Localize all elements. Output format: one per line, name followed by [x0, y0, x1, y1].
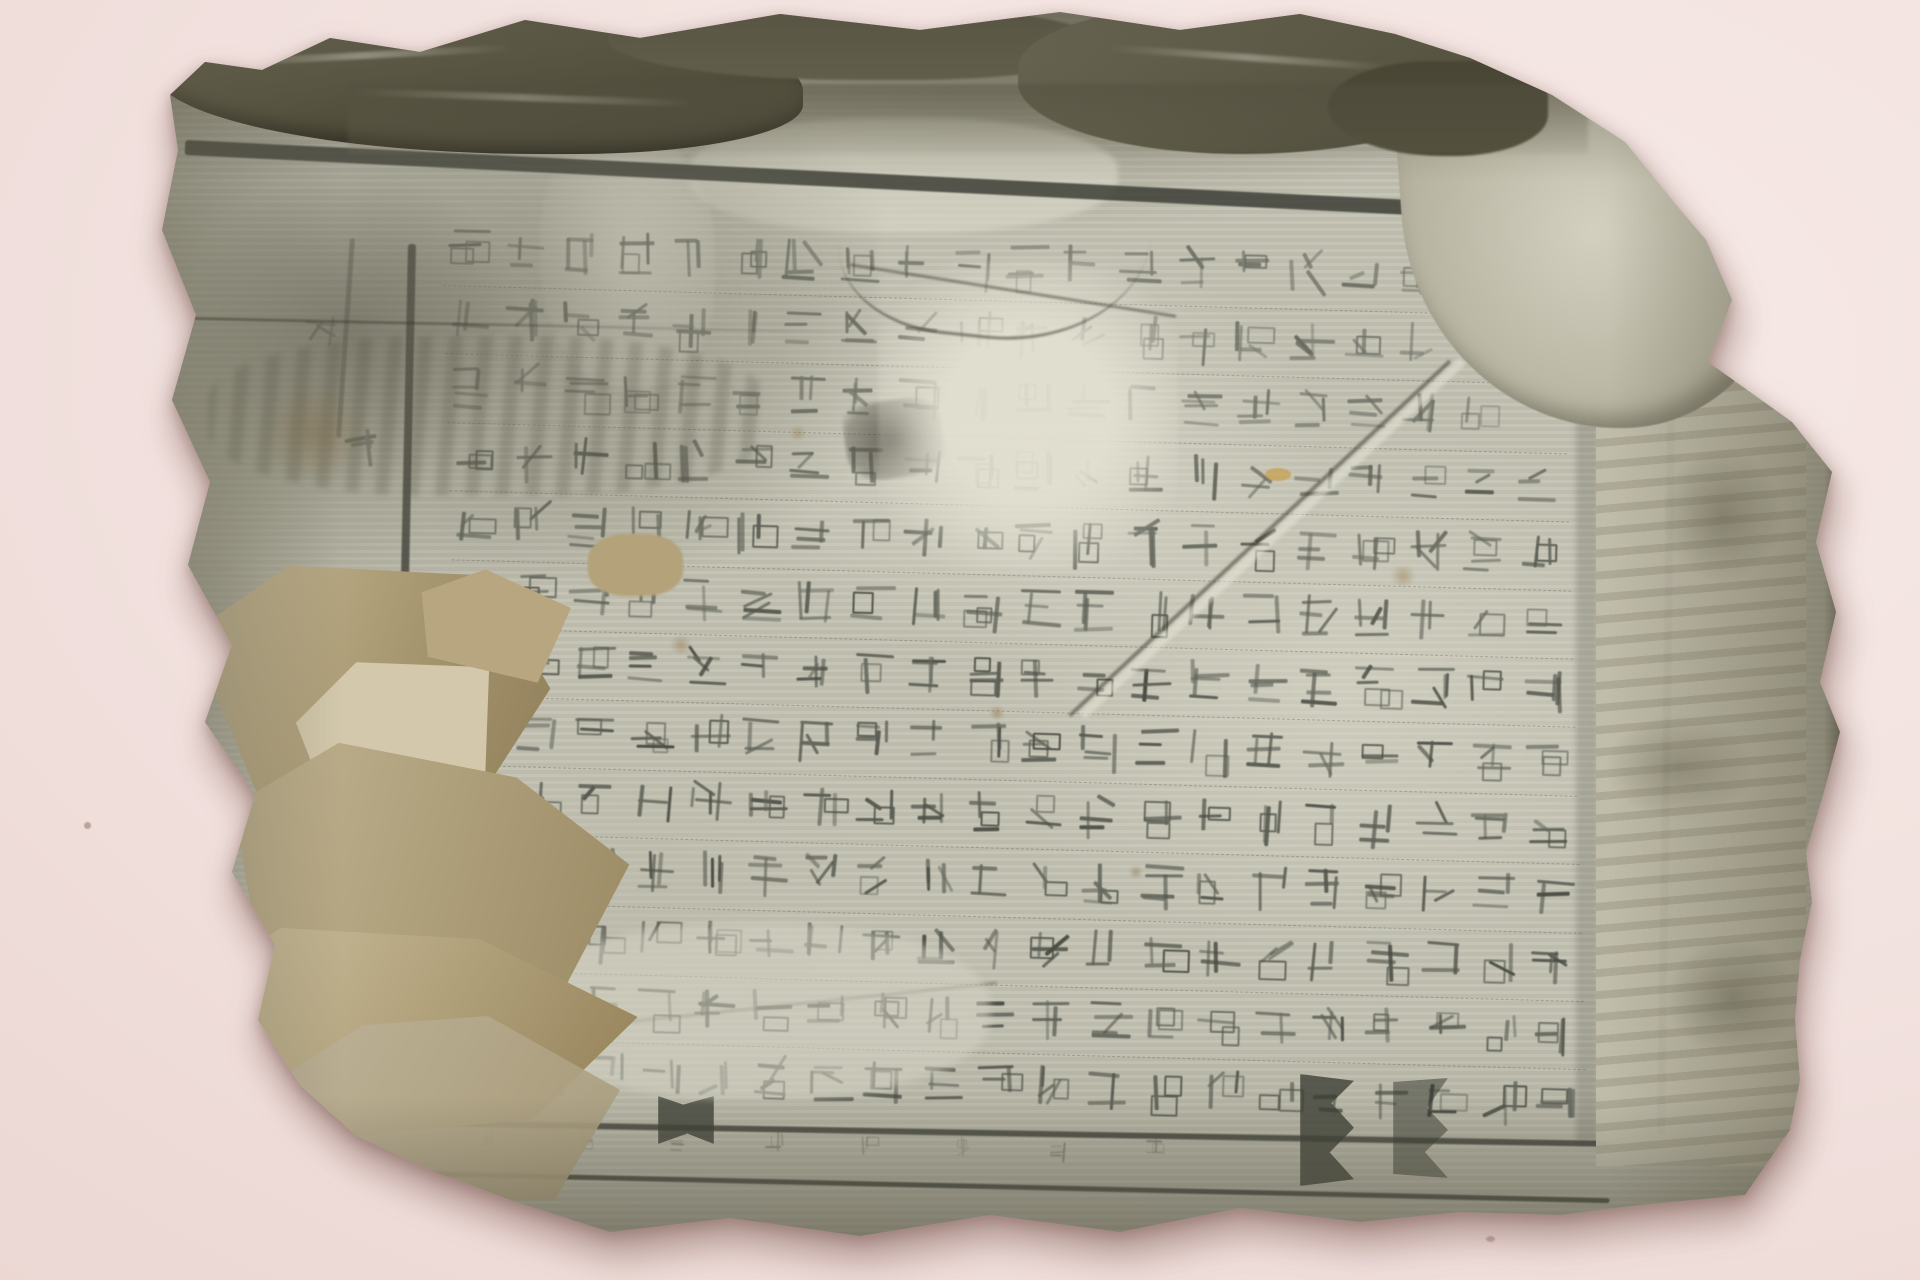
glyph-stroke [1239, 419, 1271, 424]
glyph-stroke [1553, 952, 1559, 985]
glyph-stroke [666, 787, 672, 823]
glyph [1476, 1074, 1525, 1129]
glyph-stroke [970, 680, 996, 697]
glyph [626, 708, 675, 763]
glyph-stroke [1504, 1020, 1510, 1041]
glyph [854, 851, 903, 906]
glyph-stroke [673, 1134, 686, 1136]
glyph [1175, 381, 1224, 436]
burnt-edge-rim [1824, 126, 1848, 1186]
glyph-stroke [749, 793, 754, 817]
glyph-stroke [995, 661, 1001, 697]
glyph-stroke [1084, 900, 1113, 906]
glyph [1238, 588, 1287, 643]
glyph [1285, 316, 1334, 371]
glyph-stroke [913, 613, 946, 619]
glyph-stroke [751, 876, 788, 883]
glyph [962, 717, 1011, 772]
glyph-stroke [763, 791, 767, 812]
glyph-stroke [910, 726, 942, 731]
glyph-stroke [1094, 1015, 1133, 1019]
glyph-stroke [813, 1097, 853, 1101]
glyph [1308, 1069, 1357, 1124]
glyph [953, 1133, 977, 1159]
glyph-stroke [1329, 941, 1335, 964]
glyph [1048, 1135, 1072, 1161]
glyph-stroke [695, 724, 699, 752]
glyph [1414, 867, 1463, 922]
foxing-spot [668, 636, 694, 654]
glyph-stroke [692, 780, 715, 797]
glyph-stroke [1183, 543, 1218, 548]
glyph [852, 783, 901, 838]
glyph-stroke [1146, 1140, 1162, 1143]
glyph-stroke [1282, 867, 1288, 889]
foxing-spot [788, 426, 808, 440]
glyph [1250, 999, 1299, 1054]
glyph [684, 778, 733, 833]
glyph-stroke [703, 850, 707, 886]
glyph-stroke [934, 928, 955, 953]
glyph [1242, 725, 1291, 780]
glyph-stroke [669, 1140, 683, 1142]
glyph-stroke [927, 866, 930, 890]
glyph-stroke [804, 581, 811, 614]
glyph [1184, 655, 1233, 710]
glyph-stroke [742, 616, 781, 622]
glyph-stroke [1079, 825, 1104, 829]
glyph-stroke [831, 854, 838, 877]
glyph-stroke [857, 722, 878, 737]
glyph-stroke [1026, 821, 1062, 827]
glyph-stroke [569, 588, 602, 594]
glyph-stroke [824, 797, 849, 813]
glyph-stroke [1275, 595, 1281, 633]
book-page [148, 6, 1848, 1246]
glyph-stroke [1279, 1089, 1305, 1113]
glyph-stroke [1190, 659, 1194, 683]
glyph-stroke [1006, 1067, 1011, 1092]
glyph-stroke [1091, 1034, 1130, 1039]
glyph-stroke [1164, 1075, 1182, 1096]
glyph-stroke [1384, 1007, 1389, 1042]
glyph [1470, 869, 1519, 924]
glyph-stroke [671, 1143, 684, 1146]
glyph-stroke [1359, 823, 1385, 829]
glyph [846, 577, 895, 632]
glyph-stroke [1052, 1006, 1057, 1036]
glyph [570, 707, 619, 762]
glyph-stroke [1261, 1031, 1296, 1036]
glyph [1014, 582, 1063, 637]
glyph-stroke [1310, 902, 1332, 906]
glyph [960, 649, 1009, 704]
glyph-stroke [862, 1137, 865, 1155]
glyph [1084, 1063, 1133, 1118]
glyph [1173, 313, 1222, 368]
glyph-stroke [1323, 869, 1328, 894]
glyph-stroke [1333, 876, 1338, 909]
glyph-stroke [820, 659, 826, 686]
glyph-stroke [925, 1096, 963, 1099]
glyph [628, 777, 677, 832]
glyph [624, 640, 673, 695]
glyph-stroke [1022, 620, 1061, 627]
glyph-stroke [1255, 1011, 1290, 1016]
glyph-stroke [1107, 930, 1113, 963]
foxing-spot [988, 706, 1006, 720]
glyph-stroke [1022, 758, 1057, 763]
glyph-stroke [1112, 733, 1117, 773]
glyph [1138, 996, 1187, 1051]
glyph-stroke [628, 665, 651, 669]
glyph-stroke [969, 801, 997, 806]
glyph-stroke [1083, 756, 1108, 760]
glyph-stroke [957, 1139, 967, 1148]
glyph-stroke [1478, 876, 1516, 880]
glyph-stroke [1150, 937, 1154, 964]
glyph [1082, 995, 1131, 1050]
shaded-top-band [348, 84, 1588, 154]
glyph-stroke [1212, 463, 1218, 501]
glyph [568, 638, 617, 693]
glyph-stroke [1345, 353, 1384, 358]
glyph-stroke [1033, 1002, 1070, 1005]
glyph-stroke [1570, 1089, 1574, 1118]
glyph-stroke [1213, 942, 1218, 973]
glyph-stroke [1181, 280, 1204, 284]
glyph-stroke [1187, 394, 1222, 398]
glyph [1248, 931, 1297, 986]
glyph-stroke [856, 586, 896, 590]
glyph [1024, 924, 1073, 979]
glyph-stroke [1486, 1037, 1503, 1052]
glyph [908, 784, 957, 839]
glyph-stroke [1162, 949, 1190, 973]
glyph-stroke [1307, 966, 1332, 969]
glyph [850, 714, 899, 769]
glyph [968, 923, 1017, 978]
glyph-stroke [628, 600, 653, 618]
glyph [736, 643, 785, 698]
glyph-stroke [909, 683, 939, 688]
glyph-stroke [1478, 889, 1505, 895]
glyph-stroke [855, 818, 883, 821]
glyph-stroke [1158, 1009, 1184, 1030]
glyph [790, 576, 839, 631]
glyph [1070, 584, 1119, 639]
glyph [742, 848, 791, 903]
glyph-stroke [798, 581, 803, 619]
glyph [1227, 246, 1276, 301]
glyph [1302, 864, 1351, 919]
glyph [1418, 1004, 1467, 1059]
glyph-stroke [1027, 592, 1033, 623]
glyph-stroke [702, 586, 707, 622]
glyph-stroke [1135, 760, 1165, 764]
glyph-stroke [1539, 883, 1546, 914]
glyph-stroke [1050, 1145, 1062, 1147]
glyph [902, 579, 951, 634]
glyph [972, 1060, 1021, 1115]
glyph-stroke [970, 892, 1006, 897]
glyph-stroke [1038, 1065, 1044, 1104]
glyph [794, 713, 843, 768]
glyph-stroke [1138, 743, 1161, 747]
glyph [1130, 722, 1179, 777]
glyph [1171, 244, 1220, 299]
glyph-stroke [636, 745, 674, 749]
glyph [1416, 935, 1465, 990]
glyph [1358, 865, 1407, 920]
glyph-stroke [850, 613, 882, 620]
glyph [740, 780, 789, 835]
glyph [668, 1128, 692, 1154]
glyph-stroke [1075, 589, 1115, 594]
glyph-stroke [695, 798, 732, 804]
glyph-stroke [1349, 270, 1366, 280]
glyph-stroke [1080, 817, 1113, 824]
glyph [1362, 1002, 1411, 1057]
photo-backdrop [0, 0, 1920, 1280]
glyph-stroke [1132, 682, 1171, 687]
glyph [1022, 856, 1071, 911]
glyph [1188, 792, 1237, 847]
glyph-stroke [1422, 889, 1446, 892]
glyph-stroke [1422, 831, 1457, 836]
glyph-stroke [1145, 1152, 1164, 1154]
glyph-stroke [910, 752, 936, 755]
glyph-stroke [1153, 1075, 1159, 1110]
glyph [904, 647, 953, 702]
glyph-stroke [1243, 400, 1281, 406]
glyph-stroke [1091, 930, 1098, 966]
glyph [1532, 1076, 1581, 1131]
glyph-stroke [1021, 589, 1061, 593]
glyph [1080, 926, 1129, 981]
glyph-stroke [974, 657, 991, 673]
glyph [1231, 383, 1280, 438]
glyph-stroke [646, 722, 667, 745]
glyph-stroke [1258, 960, 1286, 981]
glyph-stroke [1144, 815, 1182, 820]
glyph-stroke [689, 680, 726, 685]
glyph-stroke [942, 863, 946, 893]
glyph-stroke [1050, 1151, 1063, 1153]
glyph-stroke [1190, 729, 1196, 763]
glyph [1194, 998, 1243, 1053]
glyph [848, 646, 897, 701]
glyph-stroke [1032, 733, 1060, 751]
glyph-stroke [1247, 326, 1275, 344]
glyph [1341, 317, 1390, 372]
glyph [1186, 724, 1235, 779]
glyph-stroke [740, 662, 763, 667]
glyph-stroke [768, 795, 785, 818]
glyph-stroke [1440, 1093, 1468, 1112]
glyph-stroke [781, 1133, 783, 1146]
glyph [572, 775, 621, 830]
glyph-stroke [1199, 257, 1203, 288]
glyph [1244, 794, 1293, 849]
glyph-stroke [1201, 799, 1206, 832]
glyph-stroke [940, 794, 943, 824]
glyph-stroke [918, 816, 942, 821]
glyph-stroke [1478, 836, 1502, 840]
glyph-stroke [580, 794, 599, 815]
glyph-stroke [1192, 331, 1215, 347]
glyph [798, 850, 847, 905]
glyph-stroke [1529, 840, 1567, 844]
glyph-stroke [1074, 626, 1113, 631]
glyph-stroke [856, 653, 894, 658]
glyph [958, 580, 1007, 635]
glyph-stroke [1535, 1032, 1558, 1036]
glyph-stroke [1201, 458, 1204, 484]
glyph [964, 786, 1013, 841]
glyph-stroke [1165, 801, 1168, 826]
glyph [1472, 937, 1521, 992]
glyph [1016, 651, 1065, 706]
glyph-stroke [1252, 873, 1284, 879]
glyph-stroke [1342, 282, 1375, 288]
glyph [966, 854, 1015, 909]
glyph-stroke [1258, 872, 1261, 911]
glyph-stroke [1097, 794, 1116, 807]
glyph-stroke [1086, 963, 1110, 966]
glyph-stroke [628, 655, 656, 660]
glyph-stroke [1279, 1013, 1283, 1044]
glyph-stroke [1077, 604, 1104, 608]
glyph [906, 716, 955, 771]
glyph-stroke [1199, 949, 1225, 955]
glyph-stroke [1085, 751, 1112, 756]
glyph-stroke [1277, 801, 1283, 834]
glyph-stroke [577, 718, 603, 736]
glyph-stroke [1204, 530, 1209, 566]
glyph [796, 781, 845, 836]
glyph-stroke [815, 656, 818, 688]
glyph-stroke [1243, 594, 1274, 599]
glyph [1530, 1007, 1579, 1062]
glyph-stroke [1289, 260, 1295, 291]
glyph [1339, 249, 1388, 304]
glyph-stroke [963, 610, 987, 629]
glyph [1018, 719, 1067, 774]
glyph-stroke [777, 1132, 779, 1151]
glyph-stroke [1152, 1143, 1164, 1152]
glyph-stroke [1375, 1090, 1408, 1094]
glyph-stroke [1540, 1100, 1570, 1103]
glyph [682, 710, 731, 765]
glyph-stroke [1206, 940, 1210, 976]
glyph-stroke [1049, 1154, 1061, 1156]
glyph-stroke [1306, 269, 1327, 297]
glyph [1526, 870, 1575, 925]
glyph-stroke [1532, 828, 1564, 832]
glyph [1306, 1001, 1355, 1056]
glyph-stroke [1141, 728, 1179, 734]
glyph-stroke [549, 719, 556, 749]
glyph [1192, 929, 1241, 984]
glyph-stroke [973, 827, 999, 831]
glyph-stroke [1318, 1107, 1342, 1113]
book-shadow-wrap [0, 0, 1920, 1280]
glyph-stroke [649, 851, 653, 879]
glyph-stroke [1032, 1018, 1062, 1021]
glyph-stroke [1422, 968, 1460, 973]
glyph [734, 574, 783, 629]
glyph-stroke [765, 1145, 781, 1147]
glyph-stroke [803, 793, 831, 797]
glyph-stroke [1290, 356, 1316, 360]
glyph-stroke [638, 885, 668, 889]
glyph-stroke [578, 646, 584, 678]
glyph-stroke [1147, 1009, 1152, 1036]
glyph [1132, 791, 1181, 846]
glyph [1360, 934, 1409, 989]
glyph [1240, 657, 1289, 712]
glyph-stroke [1189, 694, 1218, 699]
glyph-stroke [1045, 881, 1068, 897]
glyph-stroke [1535, 1104, 1562, 1108]
glyph [1474, 1005, 1523, 1060]
glyph [1078, 858, 1127, 913]
glyph-stroke [1036, 795, 1056, 813]
glyph [1177, 450, 1226, 505]
crease-right [1298, 376, 1638, 816]
glyph-stroke [865, 1135, 868, 1148]
glyph-stroke [578, 674, 612, 679]
glyph [792, 644, 841, 699]
glyph-stroke [1509, 943, 1514, 982]
glyph [763, 1130, 787, 1156]
glyph-stroke [932, 720, 936, 741]
glyph-stroke [1548, 829, 1566, 848]
glyph-stroke [1512, 1016, 1516, 1039]
glyph-stroke [1237, 414, 1263, 417]
glyph-stroke [969, 671, 1000, 676]
glyph-stroke [670, 1149, 682, 1152]
glyph-stroke [1247, 763, 1281, 768]
glyph-stroke [1472, 904, 1508, 909]
glyph-stroke [885, 721, 888, 743]
glyph-stroke [929, 657, 933, 684]
glyph-stroke [1311, 323, 1314, 356]
glyph-stroke [889, 789, 893, 819]
glyph-stroke [1209, 1011, 1235, 1034]
glyph [1420, 1072, 1469, 1127]
glyph-stroke [972, 866, 997, 871]
glyph [858, 1132, 882, 1158]
glyph-stroke [517, 745, 540, 750]
glyph-stroke [1310, 942, 1317, 981]
glyph [1304, 932, 1353, 987]
glyph [686, 847, 735, 902]
torn-paper-flap [588, 534, 683, 596]
glyph-stroke [1259, 1095, 1280, 1111]
glyph-stroke [1244, 254, 1267, 269]
glyph [1074, 721, 1123, 776]
glyph-stroke [1164, 875, 1168, 911]
glyph [1180, 518, 1229, 573]
glyph-stroke [1221, 1075, 1244, 1097]
glyph-stroke [912, 661, 938, 664]
glyph [630, 845, 679, 900]
foxing-spot [1128, 866, 1144, 878]
glyph-stroke [1248, 697, 1280, 703]
glyph [1076, 789, 1125, 844]
